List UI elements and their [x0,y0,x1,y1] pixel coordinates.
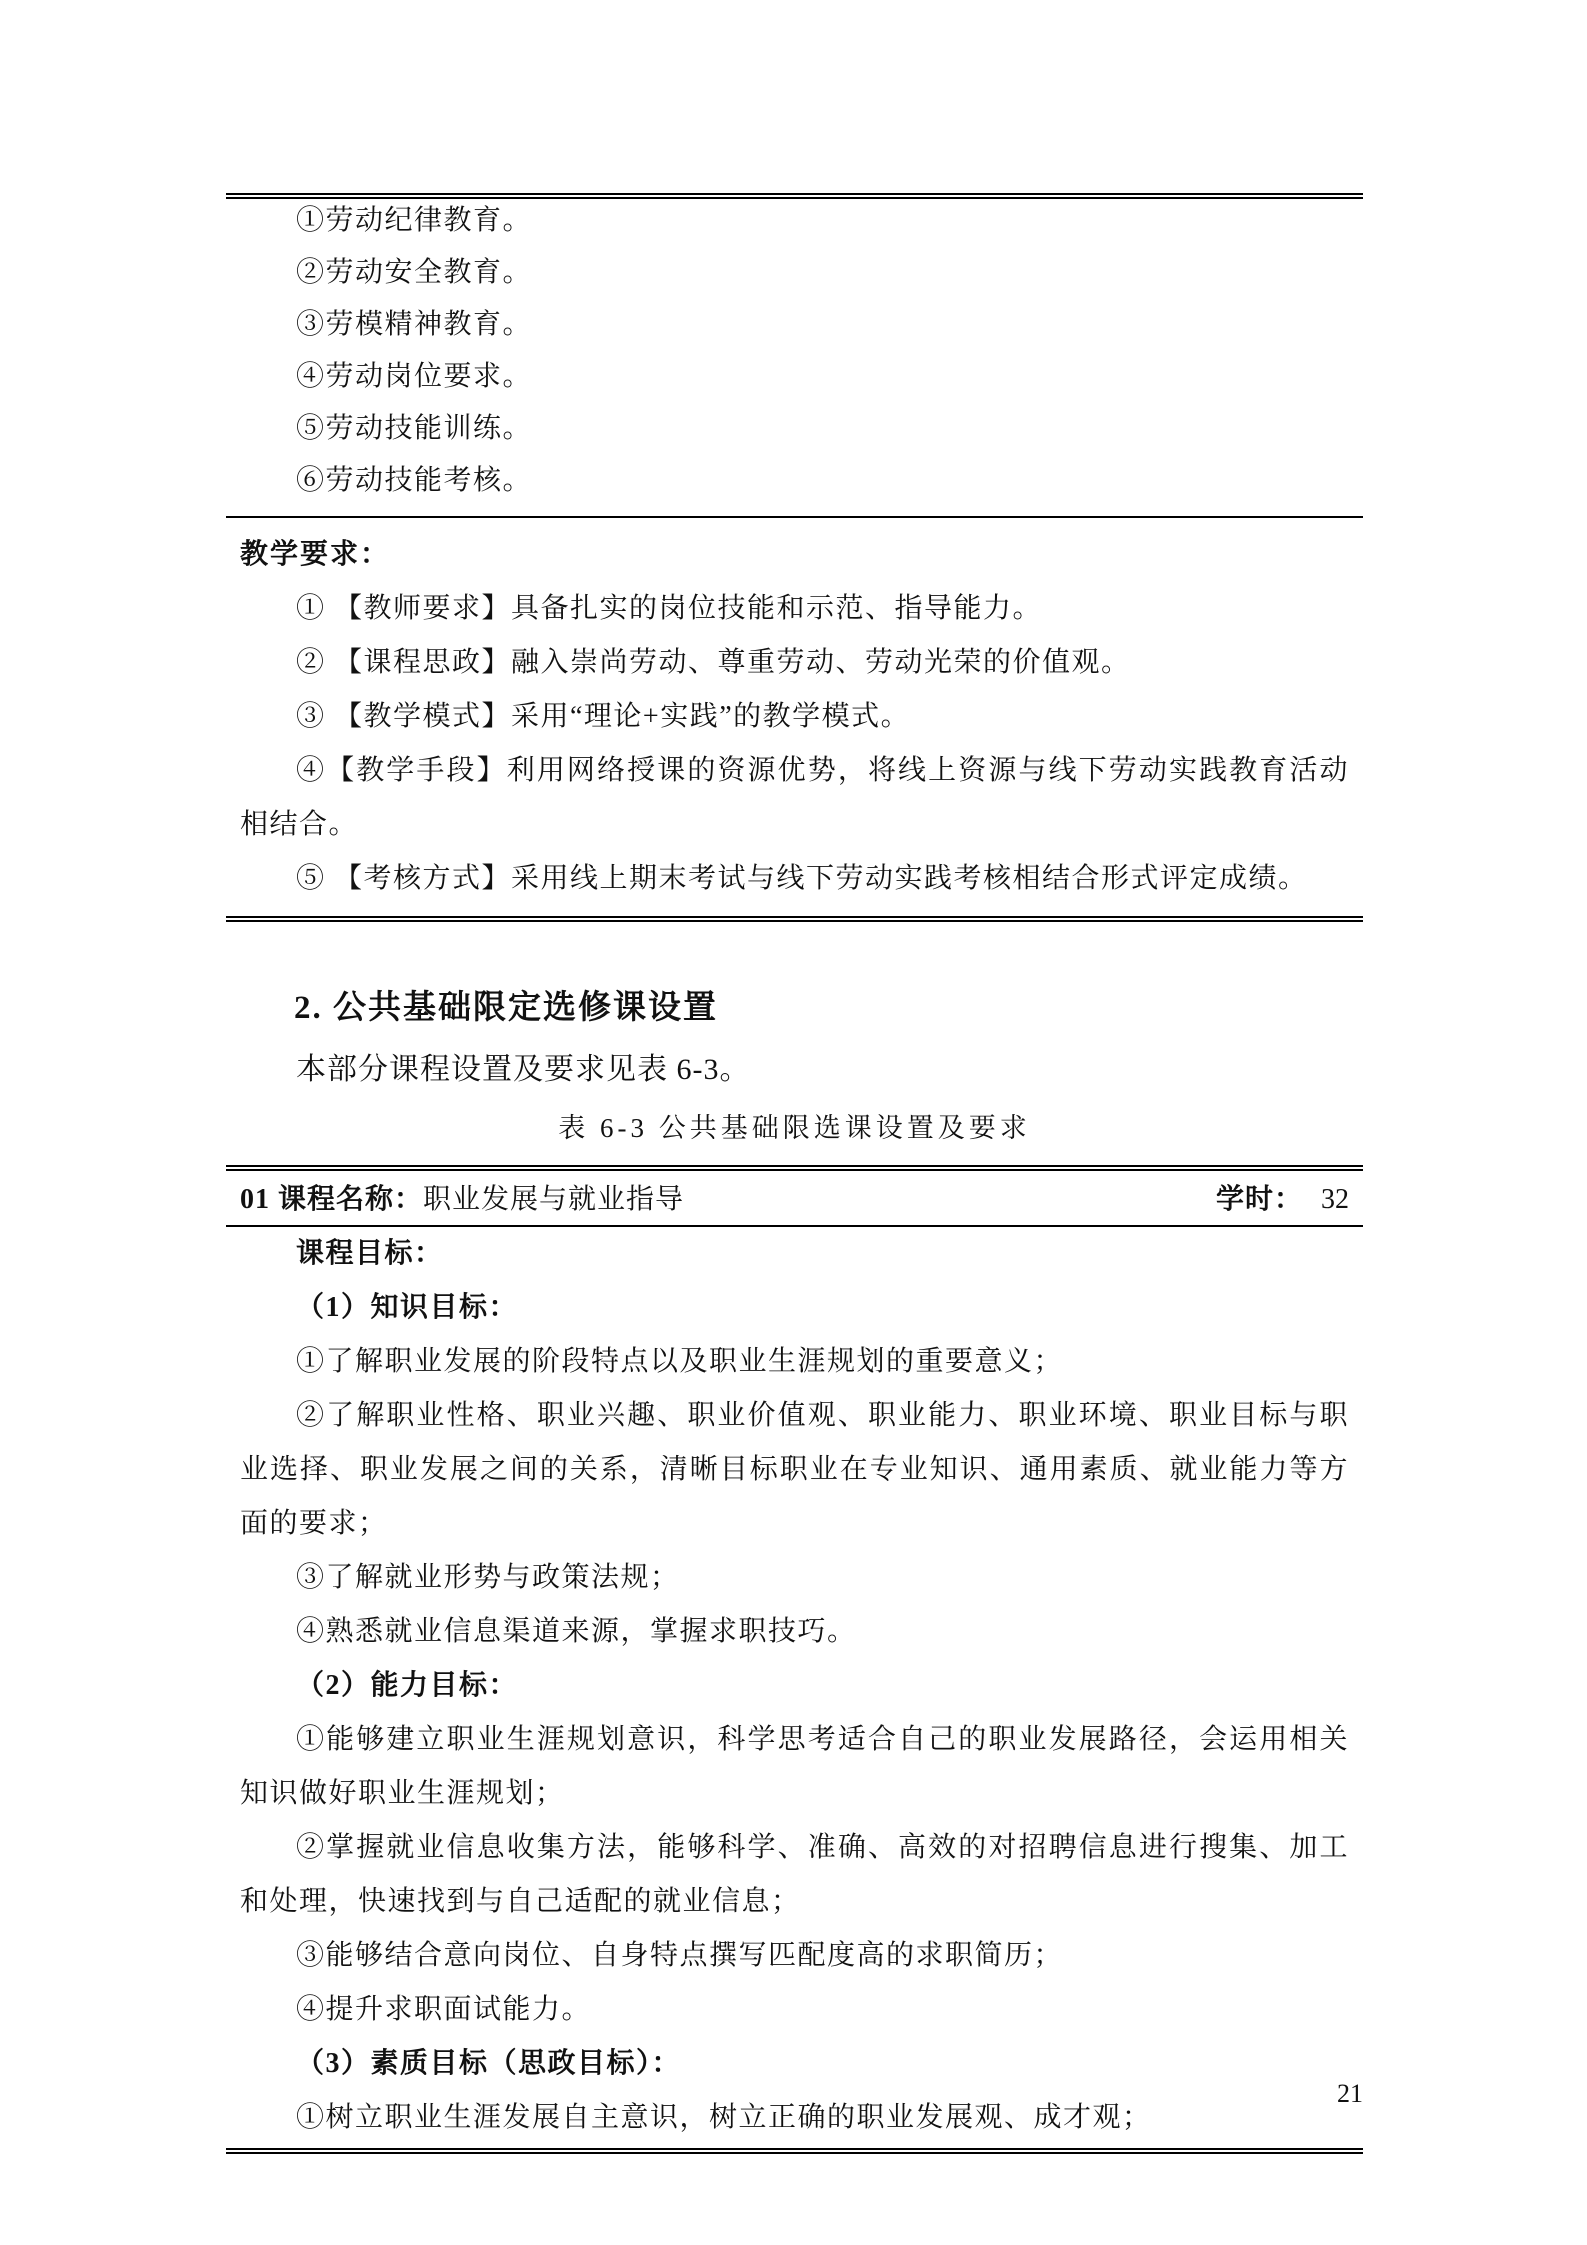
objective-subtitle: （1）知识目标： [226,1281,1363,1335]
course-number-label: 01 课程名称： [240,1184,423,1215]
row-divider-rule [226,516,1363,518]
course-hours-value: 32 [1321,1184,1349,1215]
teaching-requirements-title: 教学要求： [226,528,1363,582]
list-item: ①劳动纪律教育。 [226,195,1363,247]
list-item: ④【教学手段】利用网络授课的资源优势，将线上资源与线下劳动实践教育活动相结合。 [226,744,1363,852]
course-objectives-cell: 课程目标： （1）知识目标： ①了解职业发展的阶段特点以及职业生涯规划的重要意义… [226,1227,1363,2145]
course-name-value: 职业发展与就业指导 [423,1184,684,1215]
course-objectives-title: 课程目标： [226,1227,1363,1281]
teaching-requirements-section: 教学要求： ① 【教师要求】具备扎实的岗位技能和示范、指导能力。 ② 【课程思政… [226,528,1363,906]
objective-item: ③能够结合意向岗位、自身特点撰写匹配度高的求职简历； [226,1929,1363,1983]
table-bottom-double-rule [226,916,1363,922]
document-page: ①劳动纪律教育。 ②劳动安全教育。 ③劳模精神教育。 ④劳动岗位要求。 ⑤劳动技… [0,0,1587,2245]
course-name-cell: 01 课程名称：职业发展与就业指导 [240,1177,684,1217]
list-item: ③劳模精神教育。 [226,299,1363,351]
labor-education-items-section: ①劳动纪律教育。 ②劳动安全教育。 ③劳模精神教育。 ④劳动岗位要求。 ⑤劳动技… [226,195,1363,507]
list-item: ③ 【教学模式】采用“理论+实践”的教学模式。 [226,690,1363,744]
list-item: ① 【教师要求】具备扎实的岗位技能和示范、指导能力。 [226,582,1363,636]
objective-item: ②了解职业性格、职业兴趣、职业价值观、职业能力、职业环境、职业目标与职业选择、职… [226,1389,1363,1551]
section-heading: 2. 公共基础限定选修课设置 [226,986,1363,1030]
course-hours-cell: 学时：32 [1216,1177,1349,1217]
objective-item: ④提升求职面试能力。 [226,1983,1363,2037]
page-number: 21 [226,2078,1363,2110]
objective-subtitle: （2）能力目标： [226,1659,1363,1713]
list-item: ④劳动岗位要求。 [226,351,1363,403]
objective-item: ①能够建立职业生涯规划意识，科学思考适合自己的职业发展路径，会运用相关知识做好职… [226,1713,1363,1821]
objective-item: ①了解职业发展的阶段特点以及职业生涯规划的重要意义； [226,1335,1363,1389]
course-table-bottom-double-rule [226,2148,1363,2154]
objective-item: ③了解就业形势与政策法规； [226,1551,1363,1605]
list-item: ②劳动安全教育。 [226,247,1363,299]
objective-item: ②掌握就业信息收集方法，能够科学、准确、高效的对招聘信息进行搜集、加工和处理，快… [226,1821,1363,1929]
list-item: ② 【课程思政】融入崇尚劳动、尊重劳动、劳动光荣的价值观。 [226,636,1363,690]
course-hours-label: 学时： [1216,1184,1303,1215]
list-item: ⑤劳动技能训练。 [226,403,1363,455]
course-table-header-row: 01 课程名称：职业发展与就业指导 学时：32 [226,1171,1363,1223]
list-item: ⑤ 【考核方式】采用线上期末考试与线下劳动实践考核相结合形式评定成绩。 [226,852,1363,906]
section-intro-paragraph: 本部分课程设置及要求见表 6-3。 [226,1048,1363,1092]
list-item: ⑥劳动技能考核。 [226,455,1363,507]
table-caption: 表 6-3 公共基础限选课设置及要求 [226,1108,1363,1148]
objective-item: ④熟悉就业信息渠道来源，掌握求职技巧。 [226,1605,1363,1659]
page-content-column: ①劳动纪律教育。 ②劳动安全教育。 ③劳模精神教育。 ④劳动岗位要求。 ⑤劳动技… [226,0,1363,2154]
